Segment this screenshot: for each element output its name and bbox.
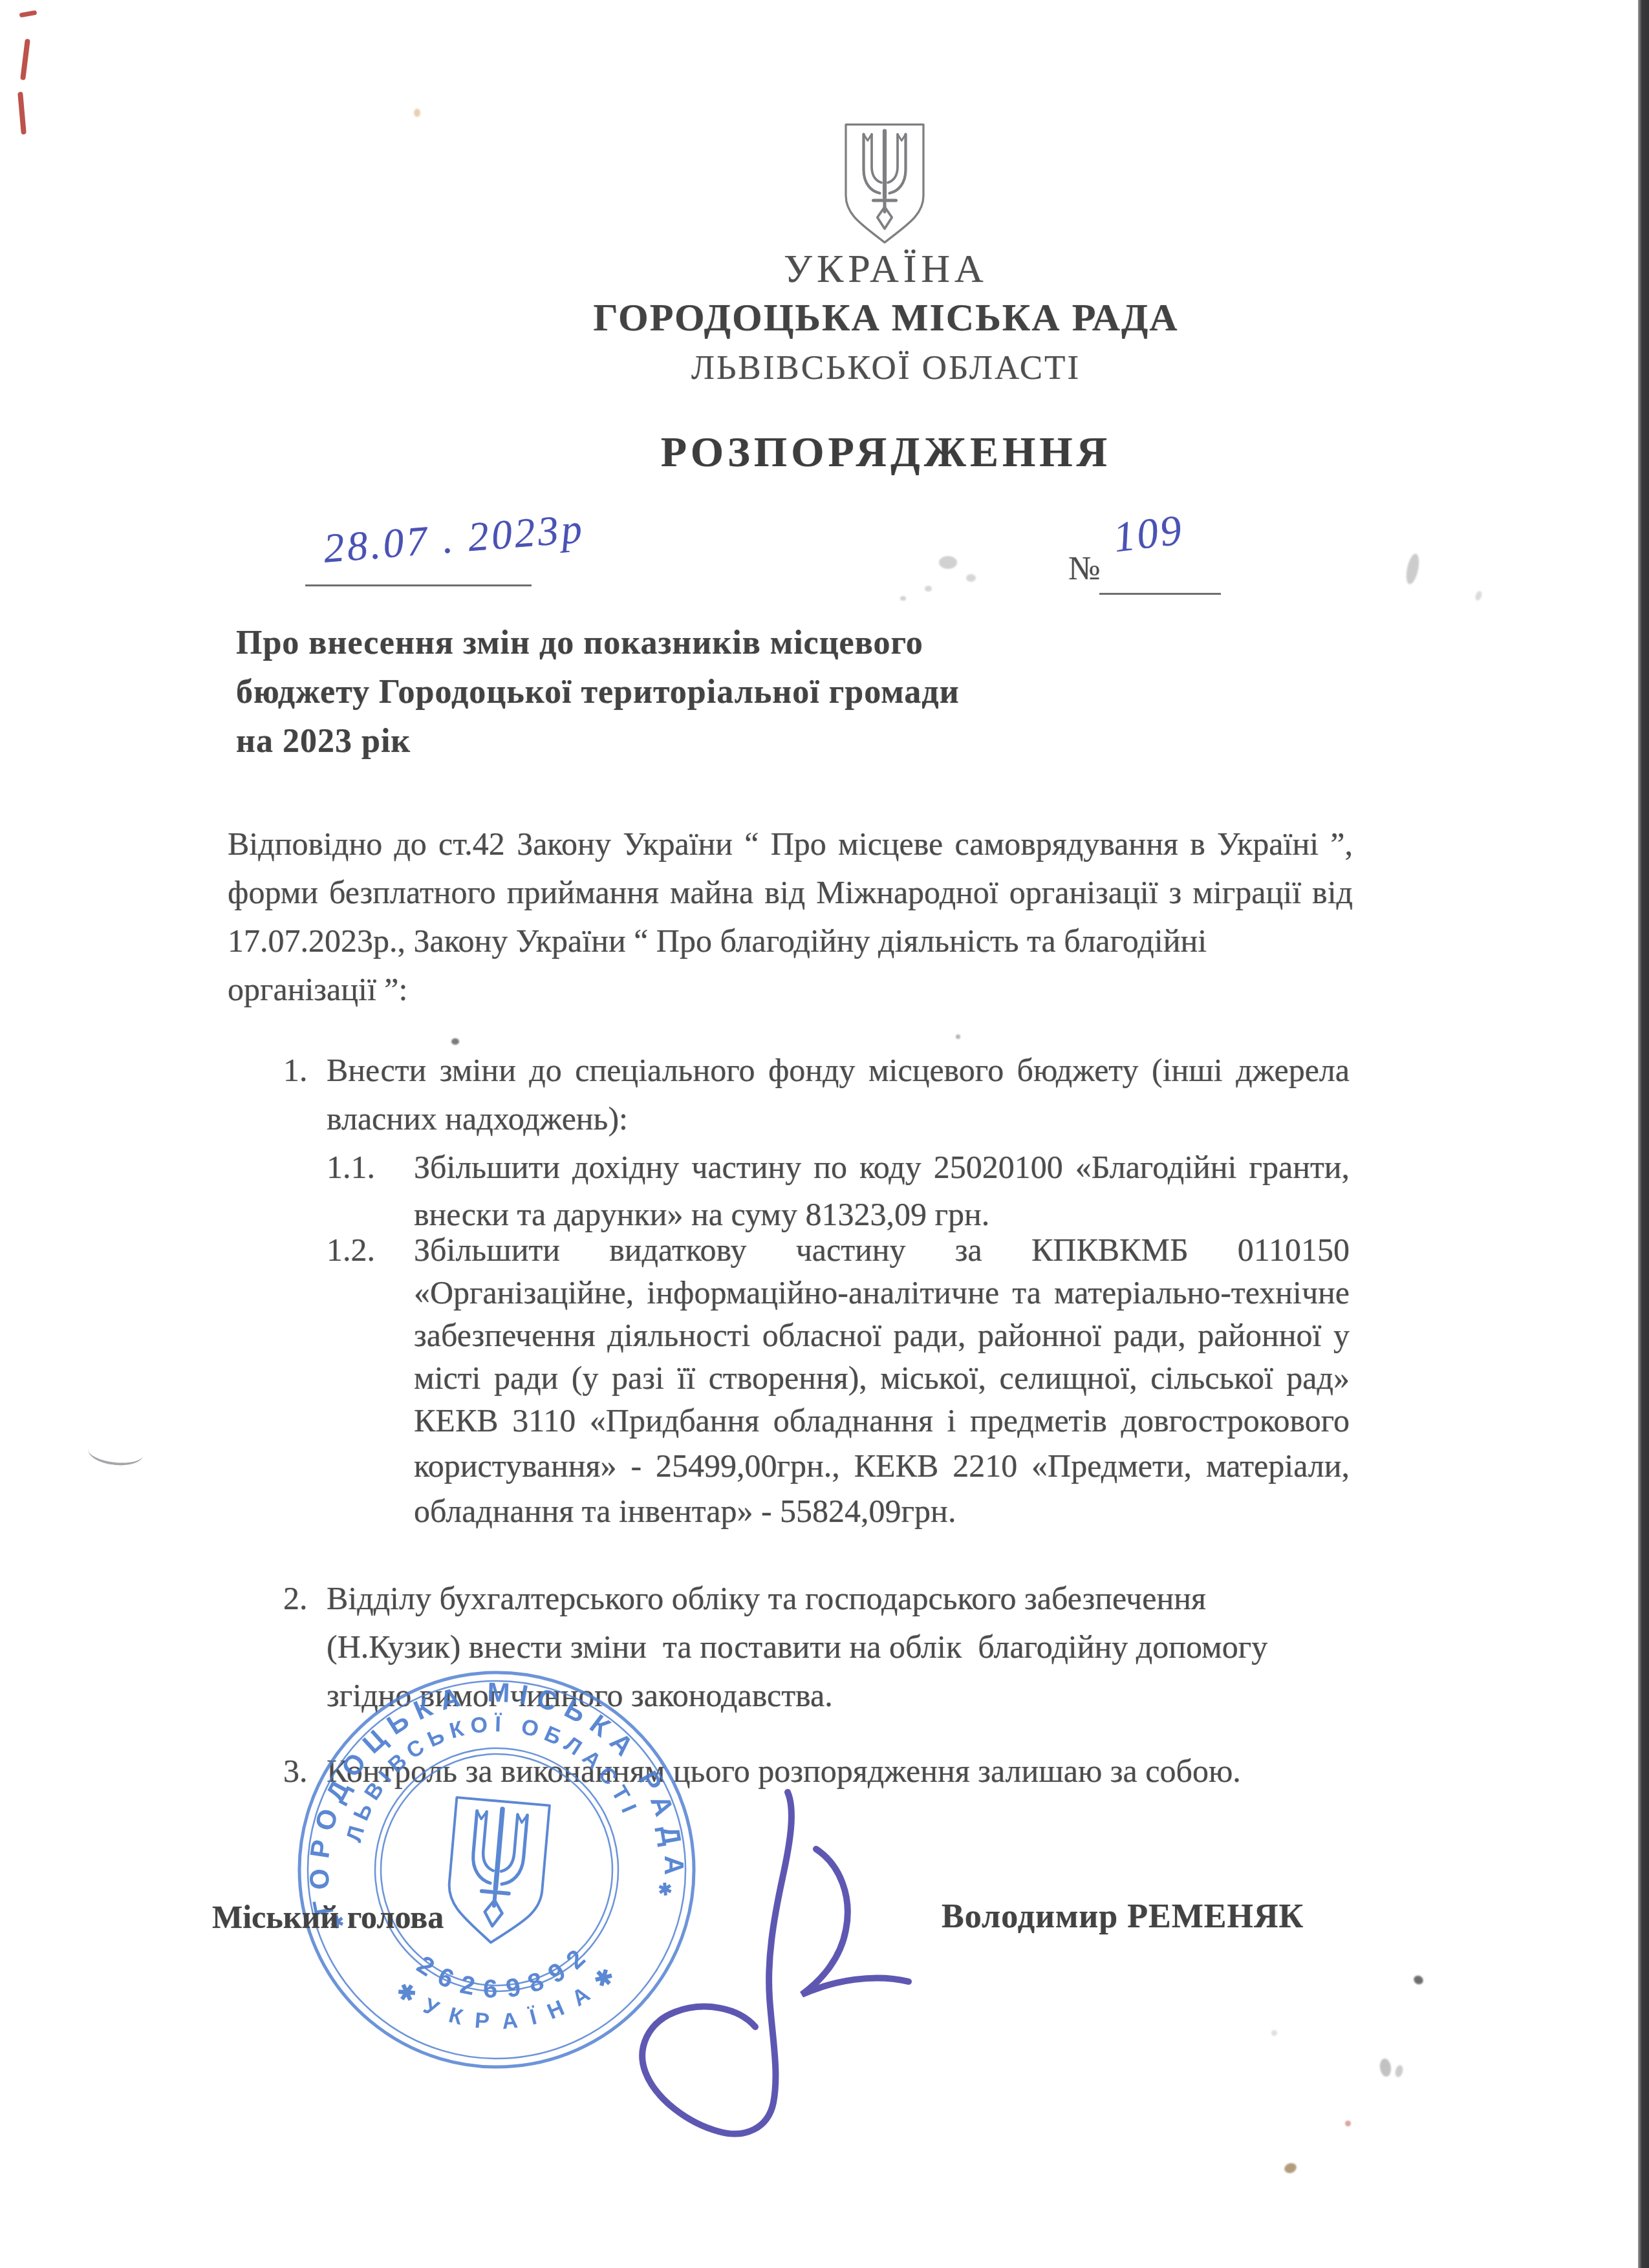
stamp-trident: [444, 1797, 550, 1947]
scan-edge-shadow: [1638, 0, 1649, 2268]
item-line: «Організаційне, інформаційно-аналітичне …: [414, 1275, 1350, 1311]
scan-smudge: [1404, 553, 1421, 585]
item-marker: 1.2.: [327, 1232, 375, 1268]
scan-smudge: [925, 586, 932, 592]
scan-speck: [1345, 2121, 1351, 2126]
item-line: Збільшити дохідну частину по коду 250201…: [414, 1150, 1350, 1185]
red-pen-mark: [20, 39, 30, 80]
scan-smudge: [1379, 2058, 1392, 2077]
handwritten-signature: [608, 1771, 970, 2159]
scan-smudge: [939, 556, 957, 569]
item-line: місті ради (у разі її створення), місько…: [414, 1360, 1350, 1396]
scan-speck: [956, 1034, 960, 1039]
header-council: ГОРОДОЦЬКА МІСЬКА РАДА: [593, 296, 1178, 339]
item-line: Відділу бухгалтерського обліку та господ…: [327, 1581, 1206, 1616]
handwritten-number: 109: [1111, 506, 1186, 563]
number-sign: №: [1068, 550, 1101, 588]
scan-smudge: [966, 574, 976, 582]
signer-position: Міський голова: [212, 1899, 444, 1935]
item-line: обладнання та інвентар» - 55824,09грн.: [414, 1493, 956, 1529]
scan-speck: [900, 596, 906, 601]
subject-line: на 2023 рік: [236, 723, 411, 760]
item-marker: 2.: [283, 1581, 308, 1616]
handwritten-date: 28.07 . 2023р: [322, 504, 587, 572]
item-marker: 1.1.: [327, 1150, 375, 1185]
subject-line: бюджету Городоцької територіальної грома…: [236, 674, 960, 711]
item-marker: 1.: [283, 1053, 308, 1088]
item-line: власних надходжень):: [327, 1101, 628, 1137]
scan-speck: [1271, 2030, 1277, 2036]
pencil-arc-mark: [87, 1437, 145, 1468]
scan-speck: [1283, 2161, 1298, 2175]
scan-smudge: [1474, 590, 1483, 601]
item-line: Збільшити видаткову частину за КПКВКМБ 0…: [414, 1232, 1350, 1268]
item-line: користування» - 25499,00грн., КЕКВ 2210 …: [414, 1448, 1350, 1484]
preamble-line: Відповідно до ст.42 Закону України “ Про…: [228, 826, 1353, 862]
scan-speck: [414, 109, 420, 117]
scan-smudge: [1394, 2064, 1404, 2078]
preamble-line: організації ”:: [228, 972, 407, 1007]
item-line: забезпечення діяльності обласної ради, р…: [414, 1318, 1350, 1353]
scan-speck: [451, 1038, 459, 1045]
signer-name: Володимир РЕМЕНЯК: [942, 1898, 1304, 1935]
red-pen-mark: [17, 92, 27, 134]
date-underline: [305, 584, 532, 586]
ukraine-trident-emblem: [836, 120, 933, 249]
preamble-line: форми безплатного приймання майна від Мі…: [228, 875, 1353, 910]
subject-line: Про внесення змін до показників місцевог…: [236, 625, 923, 661]
header-region: ЛЬВІВСЬКОЇ ОБЛАСТІ: [691, 349, 1081, 387]
number-underline: [1099, 593, 1221, 595]
item-line: Внести зміни до спеціального фонду місце…: [327, 1053, 1350, 1088]
preamble-line: 17.07.2023р., Закону України “ Про благо…: [228, 923, 1207, 959]
scanned-document: УКРАЇНА ГОРОДОЦЬКА МІСЬКА РАДА ЛЬВІВСЬКО…: [0, 0, 1649, 2268]
header-country: УКРАЇНА: [784, 247, 988, 291]
red-pen-mark: [19, 10, 38, 18]
item-line: внески та дарунки» на суму 81323,09 грн.: [414, 1197, 989, 1232]
document-type-title: РОЗПОРЯДЖЕННЯ: [661, 429, 1112, 476]
scan-speck: [1412, 1974, 1425, 1986]
item-line: КЕКВ 3110 «Придбання обладнання і предме…: [414, 1403, 1350, 1439]
